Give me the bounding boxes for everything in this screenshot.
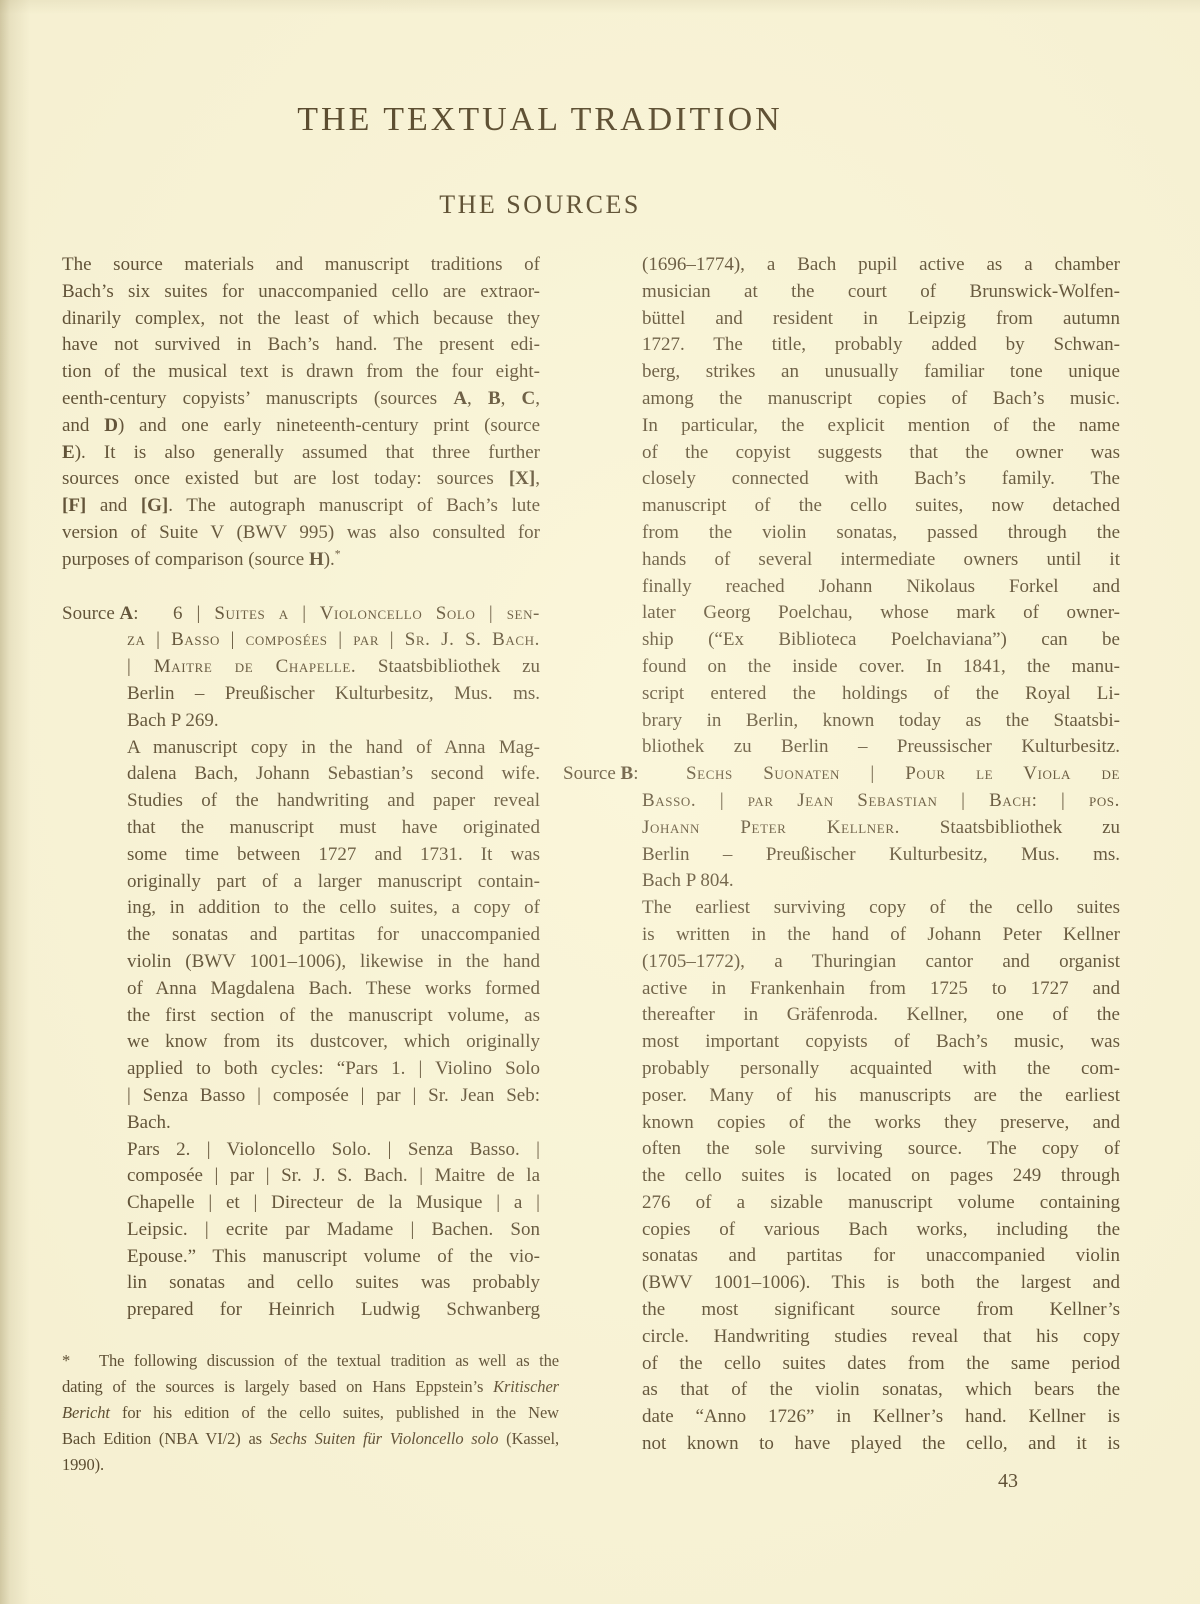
text-line: of the copyist suggests that the owner w… xyxy=(642,440,1120,467)
text-line: sonatas and partitas for unaccompanied v… xyxy=(642,1243,1120,1270)
text-line: the first section of the manuscript volu… xyxy=(127,1003,540,1030)
text-line: the sonatas and partitas for unaccompani… xyxy=(127,922,540,949)
text-line: | Maitre de Chapelle. Staatsbibliothek z… xyxy=(127,654,540,681)
text-line: Studies of the handwriting and paper rev… xyxy=(127,788,540,815)
text-line: 1990). xyxy=(62,1452,559,1478)
text-line: dalena Bach, Johann Sebastian’s second w… xyxy=(127,761,540,788)
text-line: prepared for Heinrich Ludwig Schwanberg xyxy=(127,1297,540,1324)
text-line: büttel and resident in Leipzig from autu… xyxy=(642,306,1120,333)
text-line: poser. Many of his manuscripts are the e… xyxy=(642,1083,1120,1110)
text-line: 6 | Suites a | Violoncello Solo | sen- xyxy=(127,601,540,628)
source-entry: Source B:Sechs Suonaten | Pour le Viola … xyxy=(642,761,1120,1458)
text-line: Bach P 804. xyxy=(642,868,1120,895)
text-line: most important copyists of Bach’s music,… xyxy=(642,1029,1120,1056)
text-line: manuscript of the cello suites, now deta… xyxy=(642,493,1120,520)
text-line: Leipsic. | ecrite par Madame | Bachen. S… xyxy=(127,1217,540,1244)
text-line: circle. Handwriting studies reveal that … xyxy=(642,1324,1120,1351)
text-line: version of Suite V (BWV 995) was also co… xyxy=(62,520,540,547)
text-line: often the sole surviving source. The cop… xyxy=(642,1136,1120,1163)
text-line: Berlin – Preußischer Kulturbesitz, Mus. … xyxy=(127,681,540,708)
paragraph: (1696–1774), a Bach pupil active as a ch… xyxy=(642,252,1120,761)
text-line: among the manuscript copies of Bach’s mu… xyxy=(642,386,1120,413)
text-line: ship (“Ex Biblioteca Poelchaviana”) can … xyxy=(642,627,1120,654)
text-line: bliothek zu Berlin – Preussischer Kultur… xyxy=(642,734,1120,761)
text-line: (BWV 1001–1006). This is both the larges… xyxy=(642,1270,1120,1297)
text-line: The source materials and manuscript trad… xyxy=(62,252,540,279)
text-line: known copies of the works they preserve,… xyxy=(642,1110,1120,1137)
text-line: Bach’s six suites for unaccompanied cell… xyxy=(62,279,540,306)
text-line: Sechs Suonaten | Pour le Viola de xyxy=(642,761,1120,788)
text-line: as that of the violin sonatas, which bea… xyxy=(642,1377,1120,1404)
text-line: later Georg Poelchau, whose mark of owne… xyxy=(642,600,1120,627)
source-label: Source A: xyxy=(62,601,139,628)
footnote: * The following discussion of the textua… xyxy=(62,1348,559,1478)
text-line: Berlin – Preußischer Kulturbesitz, Mus. … xyxy=(642,842,1120,869)
text-line: In particular, the explicit mention of t… xyxy=(642,413,1120,440)
text-line: Bach. xyxy=(127,1110,540,1137)
text-line: eenth-century copyists’ manuscripts (sou… xyxy=(62,386,540,413)
text-line: dating of the sources is largely based o… xyxy=(62,1374,559,1400)
text-line: brary in Berlin, known today as the Staa… xyxy=(642,708,1120,735)
text-line: that the manuscript must have originated xyxy=(127,815,540,842)
text-line: active in Frankenhain from 1725 to 1727 … xyxy=(642,976,1120,1003)
text-line: 276 of a sizable manuscript volume conta… xyxy=(642,1190,1120,1217)
text-line: thereafter in Gräfenroda. Kellner, one o… xyxy=(642,1002,1120,1029)
page-title: THE TEXTUAL TRADITION xyxy=(0,101,1080,139)
book-page: THE TEXTUAL TRADITION THE SOURCES The so… xyxy=(0,0,1200,1604)
text-line: Bach Edition (NBA VI/2) as Sechs Suiten … xyxy=(62,1426,559,1452)
text-line: Pars 2. | Violoncello Solo. | Senza Bass… xyxy=(127,1137,540,1164)
text-line: of the cello suites dates from the same … xyxy=(642,1351,1120,1378)
text-line: the most significant source from Kellner… xyxy=(642,1297,1120,1324)
paragraph: The source materials and manuscript trad… xyxy=(62,252,540,574)
text-line: not known to have played the cello, and … xyxy=(642,1431,1120,1458)
text-line: hands of several intermediate owners unt… xyxy=(642,547,1120,574)
text-line: A manuscript copy in the hand of Anna Ma… xyxy=(127,735,540,762)
text-line: (1696–1774), a Bach pupil active as a ch… xyxy=(642,252,1120,279)
text-line: probably personally acquainted with the … xyxy=(642,1056,1120,1083)
text-line: is written in the hand of Johann Peter K… xyxy=(642,922,1120,949)
text-line: and D) and one early nineteenth-century … xyxy=(62,413,540,440)
text-line: found on the inside cover. In 1841, the … xyxy=(642,654,1120,681)
text-line: Chapelle | et | Directeur de la Musique … xyxy=(127,1190,540,1217)
text-line: Bericht for his edition of the cello sui… xyxy=(62,1400,559,1426)
left-column: The source materials and manuscript trad… xyxy=(62,252,540,1324)
paragraph: * The following discussion of the textua… xyxy=(62,1348,559,1478)
text-line: from the violin sonatas, passed through … xyxy=(642,520,1120,547)
text-line: some time between 1727 and 1731. It was xyxy=(127,842,540,869)
text-line: originally part of a larger manuscript c… xyxy=(127,869,540,896)
text-line: composée | par | Sr. J. S. Bach. | Maitr… xyxy=(127,1163,540,1190)
source-entry: Source A:6 | Suites a | Violoncello Solo… xyxy=(62,601,540,1325)
text-line: lin sonatas and cello suites was probabl… xyxy=(127,1270,540,1297)
text-line: the cello suites is located on pages 249… xyxy=(642,1163,1120,1190)
text-line: Basso. | par Jean Sebastian | Bach: | po… xyxy=(642,788,1120,815)
section-heading: THE SOURCES xyxy=(0,190,1080,220)
source-label: Source B: xyxy=(563,761,638,788)
text-line: (1705–1772), a Thuringian cantor and org… xyxy=(642,949,1120,976)
text-line: Bach P 269. xyxy=(127,708,540,735)
text-line: * The following discussion of the textua… xyxy=(62,1348,559,1374)
text-line: Epouse.” This manuscript volume of the v… xyxy=(127,1244,540,1271)
text-line: script entered the holdings of the Royal… xyxy=(642,681,1120,708)
text-line: za | Basso | composées | par | Sr. J. S.… xyxy=(127,627,540,654)
text-line: sources once existed but are lost today:… xyxy=(62,466,540,493)
text-line: E). It is also generally assumed that th… xyxy=(62,440,540,467)
right-column: (1696–1774), a Bach pupil active as a ch… xyxy=(642,252,1120,1458)
text-line: purposes of comparison (source H).* xyxy=(62,547,540,574)
text-line: berg, strikes an unusually familiar tone… xyxy=(642,359,1120,386)
text-line: applied to both cycles: “Pars 1. | Violi… xyxy=(127,1056,540,1083)
text-line: finally reached Johann Nikolaus Forkel a… xyxy=(642,574,1120,601)
text-line: dinarily complex, not the least of which… xyxy=(62,306,540,333)
text-line: 1727. The title, probably added by Schwa… xyxy=(642,332,1120,359)
text-line: have not survived in Bach’s hand. The pr… xyxy=(62,332,540,359)
text-line: [F] and [G]. The autograph manuscript of… xyxy=(62,493,540,520)
text-line: of Anna Magdalena Bach. These works form… xyxy=(127,976,540,1003)
text-line: The earliest surviving copy of the cello… xyxy=(642,895,1120,922)
text-line: copies of various Bach works, including … xyxy=(642,1217,1120,1244)
text-line: we know from its dustcover, which origin… xyxy=(127,1029,540,1056)
text-line: closely connected with Bach’s family. Th… xyxy=(642,466,1120,493)
text-line: Johann Peter Kellner. Staatsbibliothek z… xyxy=(642,815,1120,842)
text-line: date “Anno 1726” in Kellner’s hand. Kell… xyxy=(642,1404,1120,1431)
page-number: 43 xyxy=(998,1470,1018,1493)
text-line: | Senza Basso | composée | par | Sr. Jea… xyxy=(127,1083,540,1110)
text-line: ing, in addition to the cello suites, a … xyxy=(127,895,540,922)
text-line: violin (BWV 1001–1006), likewise in the … xyxy=(127,949,540,976)
text-line: tion of the musical text is drawn from t… xyxy=(62,359,540,386)
text-line: musician at the court of Brunswick-Wolfe… xyxy=(642,279,1120,306)
